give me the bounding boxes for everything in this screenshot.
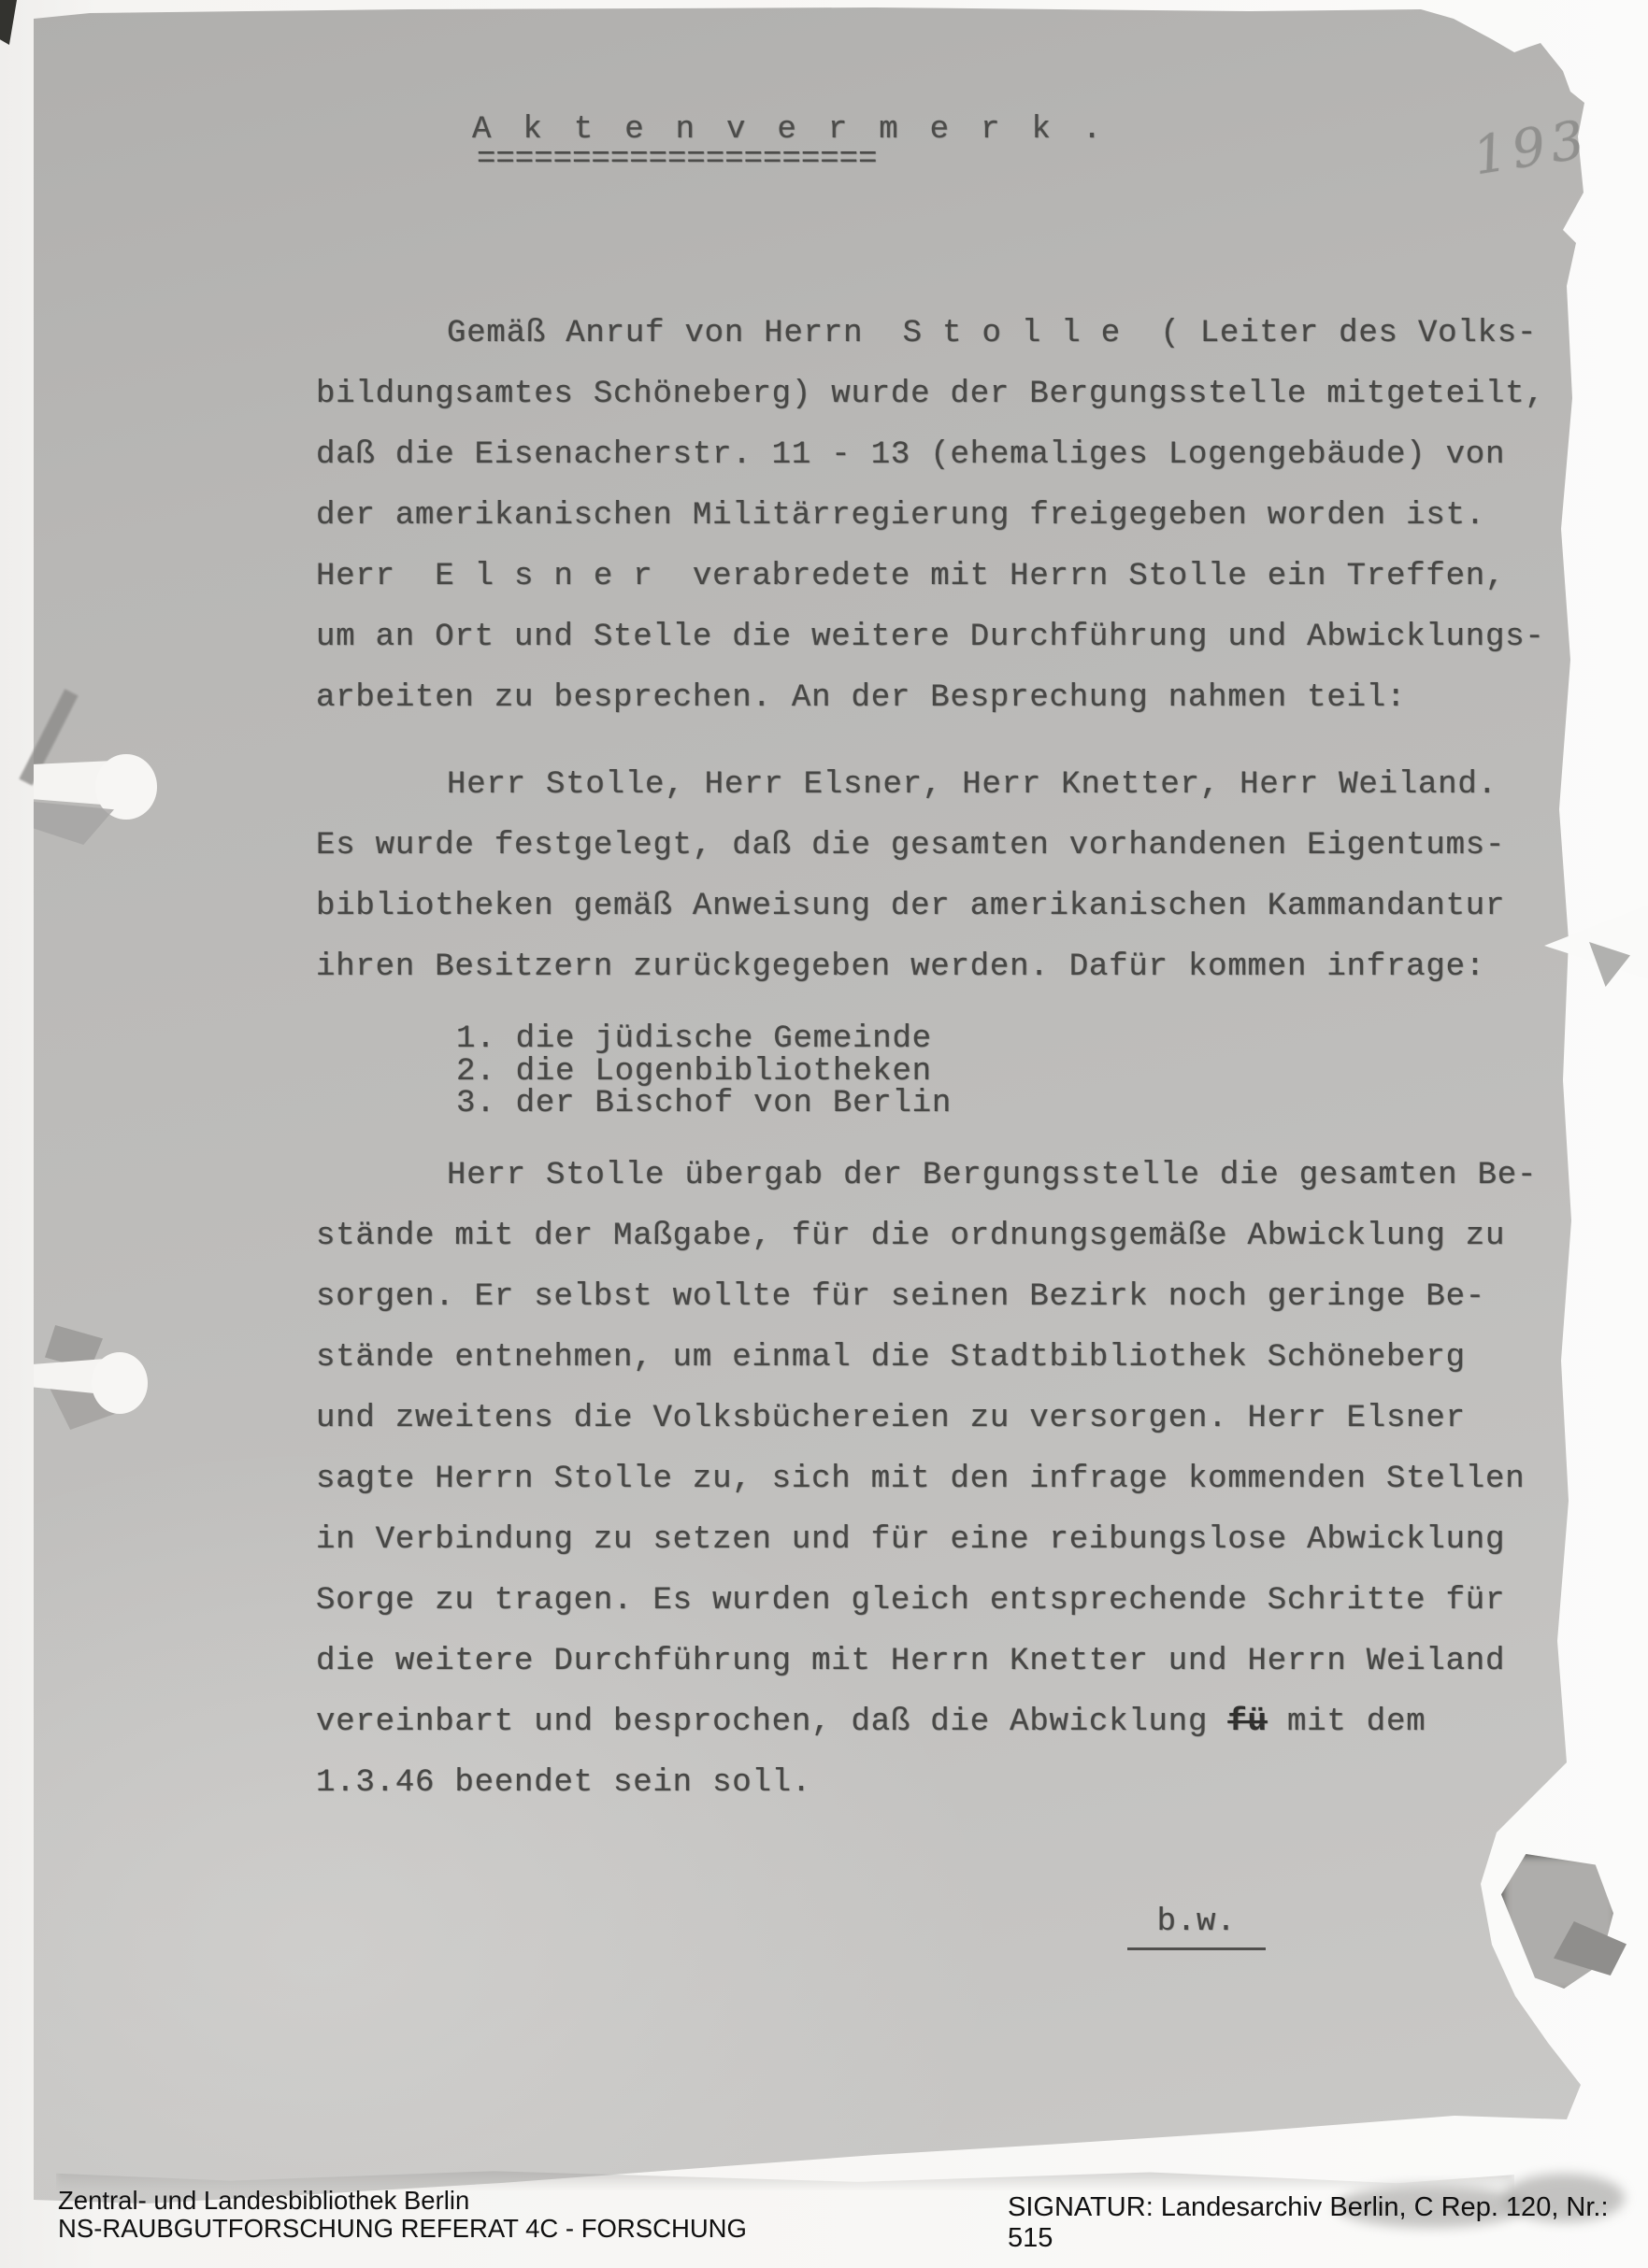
- list-item-1: 1. die jüdische Gemeinde: [456, 1023, 952, 1056]
- punch-hole-bottom: [92, 1352, 148, 1414]
- paragraph-1: Gemäß Anruf von Herrn S t o l l e ( Leit…: [316, 304, 1587, 729]
- scanned-document-page: 193 A k t e n v e r m e r k . ==========…: [0, 0, 1648, 2268]
- signature-initials: b.w.: [1127, 1904, 1266, 1950]
- watermark-institution-line1: Zentral- und Landesbibliothek Berlin: [58, 2187, 747, 2215]
- numbered-list: 1. die jüdische Gemeinde 2. die Logenbib…: [456, 1023, 952, 1120]
- title-underline: =====================: [477, 142, 877, 178]
- list-item-3: 3. der Bischof von Berlin: [456, 1088, 952, 1120]
- paragraph-3: Herr Stolle übergab der Bergungsstelle d…: [316, 1146, 1587, 1814]
- paragraph-3-text: Herr Stolle übergab der Bergungsstelle d…: [316, 1158, 1537, 1740]
- struck-out-word: fü: [1227, 1705, 1267, 1740]
- list-item-2: 2. die Logenbibliotheken: [456, 1056, 952, 1089]
- watermark-signatur: SIGNATUR: Landesarchiv Berlin, C Rep. 12…: [1008, 2192, 1648, 2254]
- scan-corner-artifact: [0, 0, 17, 45]
- paragraph-2: Herr Stolle, Herr Elsner, Herr Knetter, …: [316, 755, 1587, 998]
- watermark-institution: Zentral- und Landesbibliothek Berlin NS-…: [58, 2187, 747, 2243]
- watermark-institution-line2: NS-RAUBGUTFORSCHUNG REFERAT 4C - FORSCHU…: [58, 2215, 747, 2243]
